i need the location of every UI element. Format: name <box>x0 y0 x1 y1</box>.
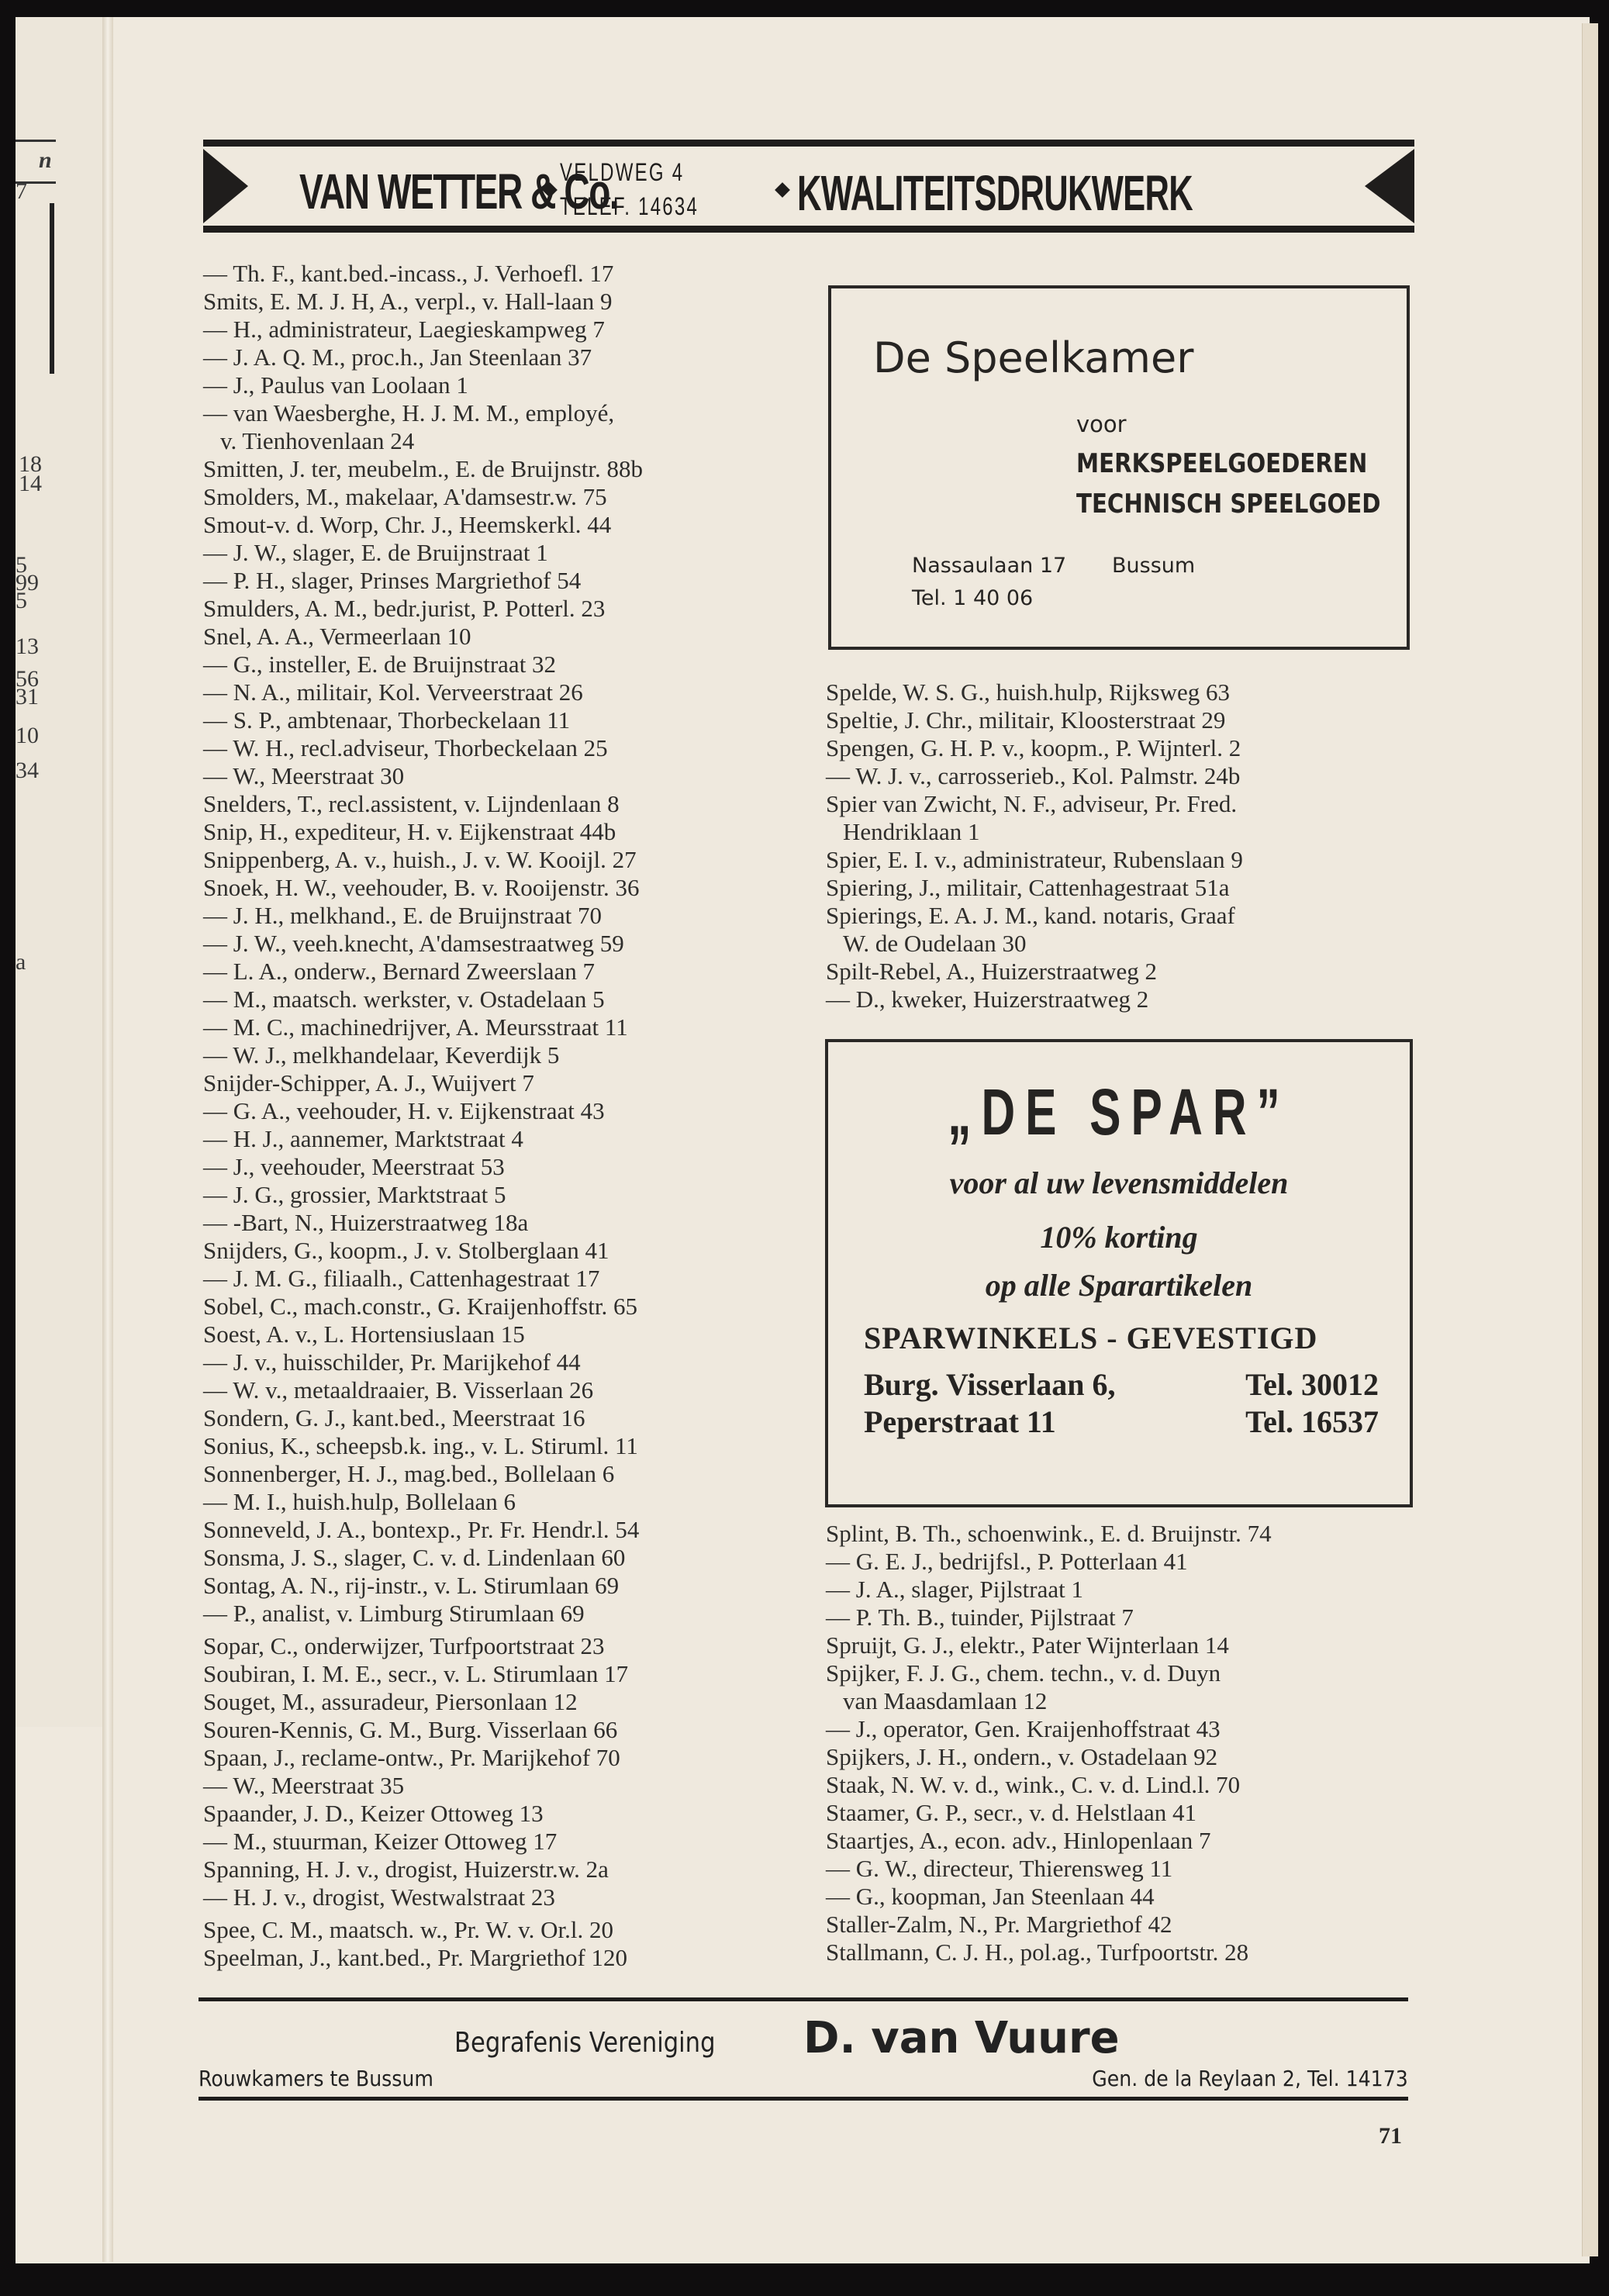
directory-entry: Staamer, G. P., secr., v. d. Helstlaan 4… <box>826 1799 1431 1827</box>
directory-entry: Spier van Zwicht, N. F., adviseur, Pr. F… <box>826 790 1431 818</box>
directory-column-right-bottom: Splint, B. Th., schoenwink., E. d. Bruij… <box>826 1520 1431 1966</box>
directory-entry: — H. J. v., drogist, Westwalstraat 23 <box>203 1883 816 1911</box>
ad-title: De Speelkamer <box>873 333 1193 382</box>
ad-voor: voor <box>1076 411 1127 437</box>
ad-subtitle: voor al uw levensmiddelen <box>828 1165 1410 1201</box>
ad-city: Bussum <box>1112 554 1195 578</box>
directory-entry: — J. G., grossier, Marktstraat 5 <box>203 1181 816 1209</box>
directory-entry: v. Tienhovenlaan 24 <box>203 427 816 455</box>
ad-phone: Tel. 30012 <box>1245 1366 1379 1403</box>
directory-entry: — J., veehouder, Meerstraat 53 <box>203 1153 816 1181</box>
directory-entry: Souget, M., assuradeur, Piersonlaan 12 <box>203 1688 816 1716</box>
arrow-left-icon <box>1365 149 1414 223</box>
printer-banner-ad: VAN WETTER & Co. VELDWEG 4 TELEF. 14634 … <box>203 140 1414 233</box>
ad-phone: Tel. 1 40 06 <box>912 586 1033 610</box>
directory-entry: Snel, A. A., Vermeerlaan 10 <box>203 623 816 651</box>
directory-entry: Sonneveld, J. A., bontexp., Pr. Fr. Hend… <box>203 1516 816 1544</box>
directory-entry: — W. J. v., carrosserieb., Kol. Palmstr.… <box>826 762 1431 790</box>
directory-entry: — L. A., onderw., Bernard Zweerslaan 7 <box>203 958 816 986</box>
directory-entry: Snelders, T., recl.assistent, v. Lijnden… <box>203 790 816 818</box>
directory-entry: — M. C., machinedrijver, A. Meursstraat … <box>203 1013 816 1041</box>
directory-entry: — G., insteller, E. de Bruijnstraat 32 <box>203 651 816 678</box>
ad-brand: D. van Vuure <box>803 2013 1120 2063</box>
directory-entry: — W., Meerstraat 30 <box>203 762 816 790</box>
directory-entry: — J. M. G., filiaalh., Cattenhagestraat … <box>203 1265 816 1293</box>
directory-entry: Spijkers, J. H., ondern., v. Ostadelaan … <box>826 1743 1431 1771</box>
banner-address-street: VELDWEG 4 <box>560 155 699 189</box>
directory-entry: Staak, N. W. v. d., wink., C. v. d. Lind… <box>826 1771 1431 1799</box>
banner-tagline: KWALITEITSDRUKWERK <box>797 164 1193 222</box>
ad-shops-heading: SPARWINKELS - GEVESTIGD <box>864 1320 1379 1356</box>
page-number: 71 <box>1379 2123 1402 2149</box>
directory-entry: Snijders, G., koopm., J. v. Stolberglaan… <box>203 1237 816 1265</box>
directory-entry: Soubiran, I. M. E., secr., v. L. Stiruml… <box>203 1660 816 1688</box>
directory-entry: Sobel, C., mach.constr., G. Kraijenhoffs… <box>203 1293 816 1321</box>
directory-entry: — G. W., directeur, Thierensweg 11 <box>826 1855 1431 1883</box>
directory-entry: Smout-v. d. Worp, Chr. J., Heemskerkl. 4… <box>203 511 816 539</box>
directory-entry: Spijker, F. J. G., chem. techn., v. d. D… <box>826 1659 1431 1687</box>
directory-entry: — M. I., huish.hulp, Bollelaan 6 <box>203 1488 816 1516</box>
ad-address: Nassaulaan 17 <box>912 554 1066 578</box>
directory-entry: — J. A., slager, Pijlstraat 1 <box>826 1576 1431 1604</box>
directory-entry: Spelde, W. S. G., huish.hulp, Rijksweg 6… <box>826 678 1431 706</box>
directory-entry: — M., stuurman, Keizer Ottoweg 17 <box>203 1828 816 1856</box>
banner-bottom-bar <box>203 226 1414 233</box>
directory-entry: — J. W., slager, E. de Bruijnstraat 1 <box>203 539 816 567</box>
directory-entry: Sontag, A. N., rij-instr., v. L. Stiruml… <box>203 1572 816 1600</box>
directory-entry: — H., administrateur, Laegieskampweg 7 <box>203 316 816 344</box>
directory-entry: Spruijt, G. J., elektr., Pater Wijnterla… <box>826 1631 1431 1659</box>
speelkamer-ad: De Speelkamer voor MERKSPEELGOEDEREN TEC… <box>828 285 1410 650</box>
ad-left-text: Rouwkamers te Bussum <box>199 2066 433 2091</box>
directory-entry: — G. E. J., bedrijfsl., P. Potterlaan 41 <box>826 1548 1431 1576</box>
directory-entry: — N. A., militair, Kol. Verveerstraat 26 <box>203 678 816 706</box>
ad-lead: Begrafenis Vereniging <box>454 2027 716 2059</box>
directory-entry: — J. A. Q. M., proc.h., Jan Steenlaan 37 <box>203 344 816 371</box>
directory-entry: Staller-Zalm, N., Pr. Margriethof 42 <box>826 1911 1431 1939</box>
directory-column-left: — Th. F., kant.bed.-incass., J. Verhoefl… <box>203 260 816 1972</box>
spar-ad: „DE SPAR” voor al uw levensmiddelen 10% … <box>825 1039 1413 1507</box>
ad-title: „DE SPAR” <box>910 1075 1328 1150</box>
directory-entry: Soest, A. v., L. Hortensiuslaan 15 <box>203 1321 816 1348</box>
directory-entry: Snip, H., expediteur, H. v. Eijkenstraat… <box>203 818 816 846</box>
directory-entry: Staartjes, A., econ. adv., Hinlopenlaan … <box>826 1827 1431 1855</box>
directory-entry: — W. v., metaaldraaier, B. Visserlaan 26 <box>203 1376 816 1404</box>
ad-discount: 10% korting <box>828 1219 1410 1255</box>
directory-entry: — W. H., recl.adviseur, Thorbeckelaan 25 <box>203 734 816 762</box>
directory-entry: W. de Oudelaan 30 <box>826 930 1431 958</box>
ad-address: Gen. de la Reylaan 2, Tel. 14173 <box>1092 2066 1408 2091</box>
directory-entry: Spierings, E. A. J. M., kand. notaris, G… <box>826 902 1431 930</box>
directory-entry: — H. J., aannemer, Marktstraat 4 <box>203 1125 816 1153</box>
divider <box>199 2097 1408 2101</box>
directory-entry: Sonnenberger, H. J., mag.bed., Bollelaan… <box>203 1460 816 1488</box>
directory-entry: Sonius, K., scheepsb.k. ing., v. L. Stir… <box>203 1432 816 1460</box>
directory-entry: Speltie, J. Chr., militair, Kloosterstra… <box>826 706 1431 734</box>
ad-scope: op alle Spar­artikelen <box>828 1267 1410 1303</box>
directory-entry: Snijder-Schipper, A. J., Wuijvert 7 <box>203 1069 816 1097</box>
ad-street: Burg. Visserlaan 6, <box>864 1366 1115 1403</box>
diamond-icon <box>775 182 790 198</box>
directory-entry: Stallmann, C. J. H., pol.ag., Turfpoorts… <box>826 1939 1431 1966</box>
directory-entry: Smulders, A. M., bedr.jurist, P. Potterl… <box>203 595 816 623</box>
directory-entry: Spanning, H. J. v., drogist, Huizerstr.w… <box>203 1856 816 1883</box>
directory-entry: — W. J., melkhandelaar, Keverdijk 5 <box>203 1041 816 1069</box>
directory-entry: — Th. F., kant.bed.-incass., J. Verhoefl… <box>203 260 816 288</box>
directory-entry: Splint, B. Th., schoenwink., E. d. Bruij… <box>826 1520 1431 1548</box>
directory-entry: — P. Th. B., tuinder, Pijlstraat 7 <box>826 1604 1431 1631</box>
directory-entry: Spaan, J., reclame-ontw., Pr. Marijkehof… <box>203 1744 816 1772</box>
directory-entry: Spier, E. I. v., administrateur, Rubensl… <box>826 846 1431 874</box>
directory-entry: Sonsma, J. S., slager, C. v. d. Lindenla… <box>203 1544 816 1572</box>
directory-entry: — J., operator, Gen. Kraijenhoffstraat 4… <box>826 1715 1431 1743</box>
arrow-right-icon <box>203 149 248 223</box>
directory-entry: Smitten, J. ter, meubelm., E. de Bruijns… <box>203 455 816 483</box>
directory-entry: — van Waesberghe, H. J. M. M., employé, <box>203 399 816 427</box>
directory-entry: Snippenberg, A. v., huish., J. v. W. Koo… <box>203 846 816 874</box>
directory-entry: — W., Meerstraat 35 <box>203 1772 816 1800</box>
directory-entry: — S. P., ambtenaar, Thorbeckelaan 11 <box>203 706 816 734</box>
directory-entry: Hendriklaan 1 <box>826 818 1431 846</box>
directory-entry: Snoek, H. W., veehouder, B. v. Rooijenst… <box>203 874 816 902</box>
directory-entry: Spengen, G. H. P. v., koopm., P. Wijnter… <box>826 734 1431 762</box>
directory-entry: Sopar, C., onderwijzer, Turfpoortstraat … <box>203 1632 816 1660</box>
ad-street: Peperstraat 11 <box>864 1403 1056 1440</box>
directory-entry: Spilt-Rebel, A., Huizerstraatweg 2 <box>826 958 1431 986</box>
banner-address: VELDWEG 4 TELEF. 14634 <box>560 155 699 223</box>
directory-entry: Speelman, J., kant.bed., Pr. Margriethof… <box>203 1944 816 1972</box>
directory-entry: — P., analist, v. Limburg Stirumlaan 69 <box>203 1600 816 1628</box>
directory-entry: — M., maatsch. werkster, v. Ostadelaan 5 <box>203 986 816 1013</box>
ad-line: TECHNISCH SPEELGOED <box>1076 489 1381 520</box>
directory-entry: — J., Paulus van Loolaan 1 <box>203 371 816 399</box>
directory-entry: Sondern, G. J., kant.bed., Meerstraat 16 <box>203 1404 816 1432</box>
banner-address-phone: TELEF. 14634 <box>560 189 699 223</box>
divider <box>199 1997 1408 2001</box>
directory-entry: Spaander, J. D., Keizer Ottoweg 13 <box>203 1800 816 1828</box>
directory-column-right-top: Spelde, W. S. G., huish.hulp, Rijksweg 6… <box>826 678 1431 1013</box>
directory-entry: — J. H., melkhand., E. de Bruijnstraat 7… <box>203 902 816 930</box>
directory-entry: Souren-Kennis, G. M., Burg. Visserlaan 6… <box>203 1716 816 1744</box>
ad-phone: Tel. 16537 <box>1245 1403 1379 1440</box>
directory-entry: van Maasdamlaan 12 <box>826 1687 1431 1715</box>
directory-entry: — J. W., veeh.knecht, A'damsestraatweg 5… <box>203 930 816 958</box>
directory-entry: — J. v., huisschilder, Pr. Marijkehof 44 <box>203 1348 816 1376</box>
funeral-ad: Begrafenis Vereniging D. van Vuure Rouwk… <box>199 1990 1408 2106</box>
directory-entry: — D., kweker, Huizerstraatweg 2 <box>826 986 1431 1013</box>
directory-entry: — G., koopman, Jan Steenlaan 44 <box>826 1883 1431 1911</box>
directory-entry: Spiering, J., militair, Cattenhagestraat… <box>826 874 1431 902</box>
directory-entry: — P. H., slager, Prinses Margriethof 54 <box>203 567 816 595</box>
directory-entry: — -Bart, N., Huizerstraatweg 18a <box>203 1209 816 1237</box>
banner-top-bar <box>203 140 1414 147</box>
ad-line: MERKSPEELGOEDEREN <box>1076 448 1367 479</box>
directory-entry: Smolders, M., makelaar, A'damsestr.w. 75 <box>203 483 816 511</box>
directory-entry: Smits, E. M. J. H, A., verpl., v. Hall-l… <box>203 288 816 316</box>
directory-entry: — G. A., veehouder, H. v. Eijkenstraat 4… <box>203 1097 816 1125</box>
directory-entry: Spee, C. M., maatsch. w., Pr. W. v. Or.l… <box>203 1916 816 1944</box>
